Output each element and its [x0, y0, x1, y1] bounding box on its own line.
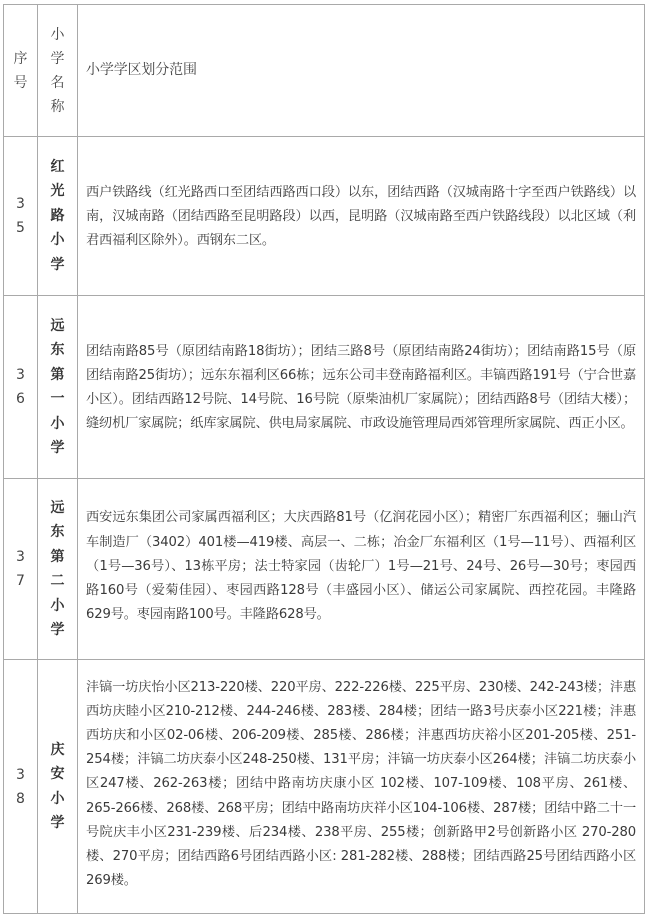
row-school-name: 远东第二小学 [38, 479, 78, 660]
row-number-value: 35 [13, 192, 29, 240]
table-row: 35 红光路小学 西户铁路线（红光路西口至团结西路西口段）以东，团结西路（汉城南… [4, 137, 645, 296]
school-name-value: 庆安小学 [50, 738, 66, 836]
header-range-label: 小学学区划分范围 [86, 58, 636, 82]
district-range-text: 西户铁路线（红光路西口至团结西路西口段）以东，团结西路（汉城南路十字至西户铁路线… [86, 181, 636, 254]
row-school-name: 庆安小学 [38, 660, 78, 914]
table-header-row: 序号 小学名称 小学学区划分范围 [4, 5, 645, 137]
row-number: 35 [4, 137, 38, 296]
table-row: 37 远东第二小学 西安远东集团公司家属西福利区；大庆西路81号（亿润花园小区）… [4, 479, 645, 660]
district-range-text: 沣镐一坊庆怡小区213-220楼、220平房、222-226楼、225平房、23… [86, 676, 636, 894]
school-district-table: 序号 小学名称 小学学区划分范围 35 红光路小学 西户铁路线（红光路西口至团结… [3, 4, 645, 914]
row-district-range: 西户铁路线（红光路西口至团结西路西口段）以东，团结西路（汉城南路十字至西户铁路线… [78, 137, 645, 296]
row-number-value: 38 [13, 763, 29, 811]
school-name-value: 远东第一小学 [50, 314, 66, 461]
header-number-label: 序号 [13, 47, 29, 95]
district-range-text: 团结南路85号（原团结南路18街坊）；团结三路8号（原团结南路24街坊）；团结南… [86, 340, 636, 437]
school-name-value: 红光路小学 [50, 155, 66, 278]
row-school-name: 红光路小学 [38, 137, 78, 296]
school-name-value: 远东第二小学 [50, 496, 66, 643]
table-row: 38 庆安小学 沣镐一坊庆怡小区213-220楼、220平房、222-226楼、… [4, 660, 645, 914]
table-row: 36 远东第一小学 团结南路85号（原团结南路18街坊）；团结三路8号（原团结南… [4, 296, 645, 479]
row-number: 37 [4, 479, 38, 660]
row-number-value: 37 [13, 545, 29, 593]
row-number-value: 36 [13, 363, 29, 411]
row-district-range: 团结南路85号（原团结南路18街坊）；团结三路8号（原团结南路24街坊）；团结南… [78, 296, 645, 479]
header-number: 序号 [4, 5, 38, 137]
header-school-name-label: 小学名称 [50, 23, 66, 119]
row-school-name: 远东第一小学 [38, 296, 78, 479]
header-range: 小学学区划分范围 [78, 5, 645, 137]
row-number: 38 [4, 660, 38, 914]
row-district-range: 沣镐一坊庆怡小区213-220楼、220平房、222-226楼、225平房、23… [78, 660, 645, 914]
district-range-text: 西安远东集团公司家属西福利区；大庆西路81号（亿润花园小区）；精密厂东西福利区；… [86, 506, 636, 627]
row-number: 36 [4, 296, 38, 479]
row-district-range: 西安远东集团公司家属西福利区；大庆西路81号（亿润花园小区）；精密厂东西福利区；… [78, 479, 645, 660]
header-school-name: 小学名称 [38, 5, 78, 137]
